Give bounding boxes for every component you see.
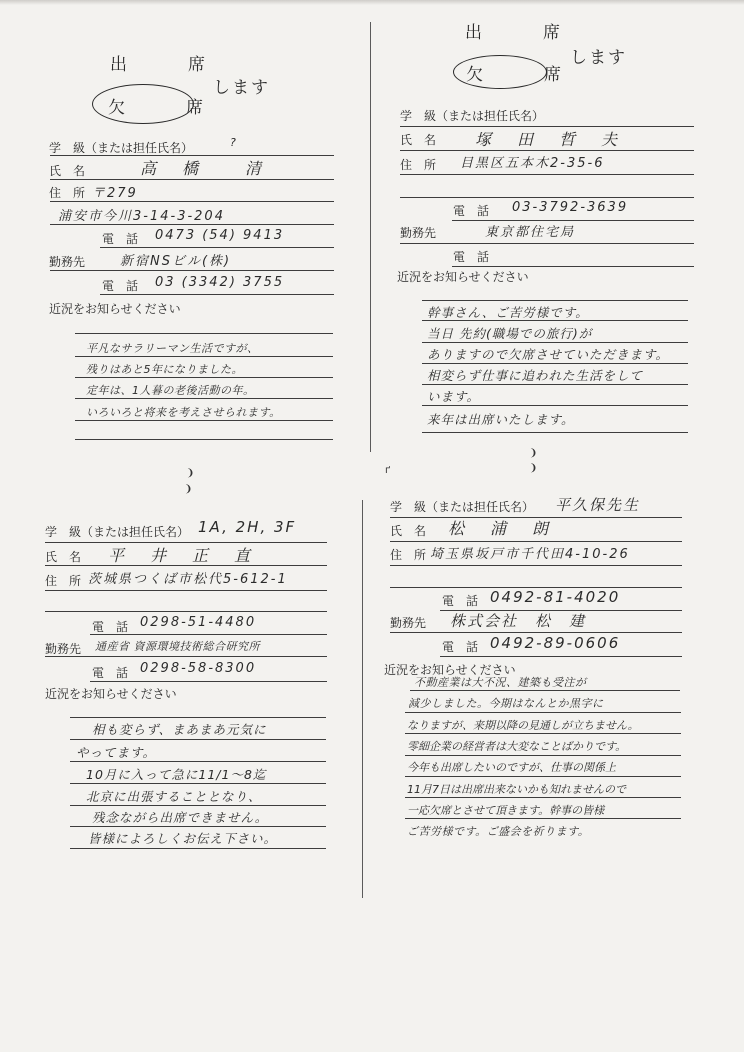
address-value: 埼玉県坂戸市千代田4-10-26 bbox=[430, 543, 630, 562]
rule bbox=[70, 717, 326, 718]
news-label: 近況をお知らせください bbox=[397, 268, 529, 285]
attend-label: 出 席 bbox=[465, 18, 582, 43]
workplace-value: 新宿NSビル(株) bbox=[120, 250, 231, 269]
rule bbox=[400, 150, 694, 151]
news-line: 当日 先約(職場での旅行)が bbox=[427, 324, 592, 342]
rule bbox=[405, 776, 681, 777]
rule bbox=[45, 611, 327, 612]
rule bbox=[70, 826, 326, 827]
rule bbox=[50, 270, 334, 271]
news-line: 相も変らず、まあまあ元気に bbox=[92, 720, 267, 738]
ink-mark: ґ bbox=[385, 465, 390, 476]
rule bbox=[75, 377, 333, 378]
rule bbox=[90, 681, 327, 682]
name-label: 氏 名 bbox=[49, 162, 85, 179]
news-line: 今年も出席したいのですが、仕事の関係上 bbox=[407, 759, 616, 775]
rule bbox=[410, 690, 680, 691]
rule bbox=[440, 656, 682, 657]
rule bbox=[90, 634, 327, 635]
rule bbox=[422, 300, 688, 301]
rule bbox=[405, 755, 681, 756]
rule bbox=[400, 174, 694, 175]
postal-code: 〒279 bbox=[92, 182, 138, 201]
phone-label: 電 話 bbox=[92, 618, 128, 635]
rule bbox=[45, 656, 327, 657]
news-line: 減少しました。今期はなんとか黒字に bbox=[408, 695, 604, 711]
rule bbox=[452, 266, 694, 267]
news-line: 10月に入って急に11/1〜8迄 bbox=[86, 765, 266, 783]
address-label: 住 所 bbox=[49, 184, 85, 201]
news-line: 残りはあと5年になりました。 bbox=[86, 361, 243, 377]
work-phone-value: 0492-89-0606 bbox=[490, 634, 620, 652]
grade-value: 1A, 2H, 3F bbox=[198, 518, 296, 536]
work-phone-label: 電 話 bbox=[442, 638, 478, 655]
rule bbox=[45, 565, 327, 566]
rule bbox=[405, 712, 681, 713]
workplace-label: 勤務先 bbox=[45, 640, 81, 657]
workplace-value: 株式会社 松 建 bbox=[450, 610, 586, 631]
news-line: います。 bbox=[427, 387, 480, 405]
name-label: 氏 名 bbox=[45, 548, 81, 565]
grade-label: 学 級（または担任氏名） bbox=[400, 107, 544, 124]
work-phone-value: 03 (3342) 3755 bbox=[155, 275, 284, 290]
attend-label: 出 席 bbox=[110, 50, 227, 75]
rule bbox=[75, 333, 333, 334]
phone-value: 03-3792-3639 bbox=[512, 200, 628, 215]
address-label: 住 所 bbox=[400, 156, 436, 173]
ink-mark: ❩ bbox=[529, 463, 537, 474]
scan-top-edge bbox=[0, 0, 744, 5]
news-line: 皆様によろしくお伝え下さい。 bbox=[88, 829, 277, 847]
name-value: 塚 田 哲 夫 bbox=[475, 127, 622, 150]
rule bbox=[70, 761, 326, 762]
rule bbox=[70, 783, 326, 784]
phone-label: 電 話 bbox=[442, 592, 478, 609]
news-line: なりますが、来期以降の見通しが立ちません。 bbox=[407, 717, 639, 733]
news-line: ありますので欠席させていただきます。 bbox=[427, 345, 669, 363]
rule bbox=[400, 243, 694, 244]
work-phone-label: 電 話 bbox=[102, 277, 138, 294]
news-line: 来年は出席いたします。 bbox=[427, 410, 575, 428]
news-line: 不動産業は大不況、建築も受注が bbox=[414, 674, 587, 690]
workplace-value: 通産省 資源環境技術総合研究所 bbox=[95, 638, 260, 654]
rule bbox=[75, 420, 333, 421]
rule bbox=[405, 797, 681, 798]
name-value: 平 井 正 直 bbox=[108, 543, 255, 566]
news-line: 北京に出張することとなり、 bbox=[86, 787, 262, 805]
workplace-label: 勤務先 bbox=[49, 253, 85, 270]
absent-circle-mark bbox=[453, 55, 547, 89]
news-line: 残念ながら出席できません。 bbox=[92, 808, 268, 826]
news-line: 一応欠席とさせて頂きます。幹事の皆様 bbox=[407, 802, 604, 818]
center-divider-lower bbox=[362, 500, 363, 898]
rule bbox=[422, 363, 688, 364]
phone-value: 0492-81-4020 bbox=[490, 588, 620, 606]
address-label: 住 所 bbox=[390, 546, 426, 563]
work-phone-label: 電 話 bbox=[92, 664, 128, 681]
news-line: やってます。 bbox=[76, 743, 156, 761]
rule bbox=[405, 733, 681, 734]
rule bbox=[50, 224, 334, 225]
news-line: 定年は、1人暮の老後活動の年。 bbox=[86, 382, 255, 398]
rule bbox=[70, 739, 326, 740]
grade-value: ? bbox=[230, 136, 237, 149]
news-line: ご苦労様です。ご盛会を祈ります。 bbox=[407, 823, 589, 839]
rule bbox=[390, 565, 682, 566]
address-value: 目黒区五本木2-35-6 bbox=[460, 152, 604, 171]
rule bbox=[70, 805, 326, 806]
ink-mark: ❩ bbox=[186, 468, 194, 479]
grade-label: 学 級（または担任氏名） bbox=[45, 523, 189, 540]
name-value: 高 橋 清 bbox=[140, 156, 266, 179]
news-line: いろいろと将来を考えさせられます。 bbox=[86, 404, 281, 420]
rule bbox=[390, 541, 682, 542]
news-line: 零細企業の経営者は大変なことばかりです。 bbox=[407, 738, 626, 754]
workplace-value: 東京都住宅局 bbox=[485, 221, 575, 240]
rule bbox=[405, 818, 681, 819]
rule bbox=[75, 356, 333, 357]
grade-label: 学 級（または担任氏名） bbox=[390, 498, 534, 515]
rule bbox=[422, 432, 688, 433]
ink-mark: ❩ bbox=[529, 448, 537, 459]
rule bbox=[390, 632, 682, 633]
workplace-label: 勤務先 bbox=[400, 224, 436, 241]
rule bbox=[70, 848, 326, 849]
news-line: 相変らず仕事に追われた生活をして bbox=[427, 366, 643, 384]
phone-label: 電 話 bbox=[102, 230, 138, 247]
news-label: 近況をお知らせください bbox=[45, 685, 177, 702]
rule bbox=[50, 179, 334, 180]
rule bbox=[50, 201, 334, 202]
center-divider bbox=[370, 22, 371, 452]
news-line: 幹事さん、ご苦労様です。 bbox=[427, 303, 589, 321]
absent-circle-mark bbox=[92, 84, 194, 124]
rule bbox=[400, 197, 694, 198]
news-label: 近況をお知らせください bbox=[49, 300, 181, 317]
rule bbox=[422, 342, 688, 343]
work-phone-label: 電 話 bbox=[453, 248, 489, 265]
news-line: 平凡なサラリーマン生活ですが、 bbox=[86, 340, 259, 356]
address-label: 住 所 bbox=[45, 572, 81, 589]
phone-label: 電 話 bbox=[453, 202, 489, 219]
phone-value: 0473 (54) 9413 bbox=[155, 228, 284, 243]
grade-value: 平久保先生 bbox=[555, 494, 640, 515]
name-label: 氏 名 bbox=[400, 131, 436, 148]
rule bbox=[100, 294, 334, 295]
rule bbox=[422, 320, 688, 321]
name-value: 松 浦 朗 bbox=[448, 516, 553, 539]
rule bbox=[75, 398, 333, 399]
grade-label: 学 級（または担任氏名） bbox=[49, 139, 193, 156]
workplace-label: 勤務先 bbox=[390, 614, 426, 631]
ink-mark: ❩ bbox=[184, 484, 192, 495]
phone-value: 0298-51-4480 bbox=[140, 615, 256, 630]
rule bbox=[100, 247, 334, 248]
news-line: 11月7日は出席出来ないかも知れませんので bbox=[407, 781, 626, 797]
rule bbox=[422, 384, 688, 385]
address-line: 浦安市今川3-14-3-204 bbox=[58, 205, 225, 224]
rule bbox=[422, 405, 688, 406]
address-value: 茨城県つくば市松代5-612-1 bbox=[88, 568, 288, 587]
work-phone-value: 0298-58-8300 bbox=[140, 661, 256, 676]
rule bbox=[45, 590, 327, 591]
name-label: 氏 名 bbox=[390, 522, 426, 539]
rule bbox=[75, 439, 333, 440]
